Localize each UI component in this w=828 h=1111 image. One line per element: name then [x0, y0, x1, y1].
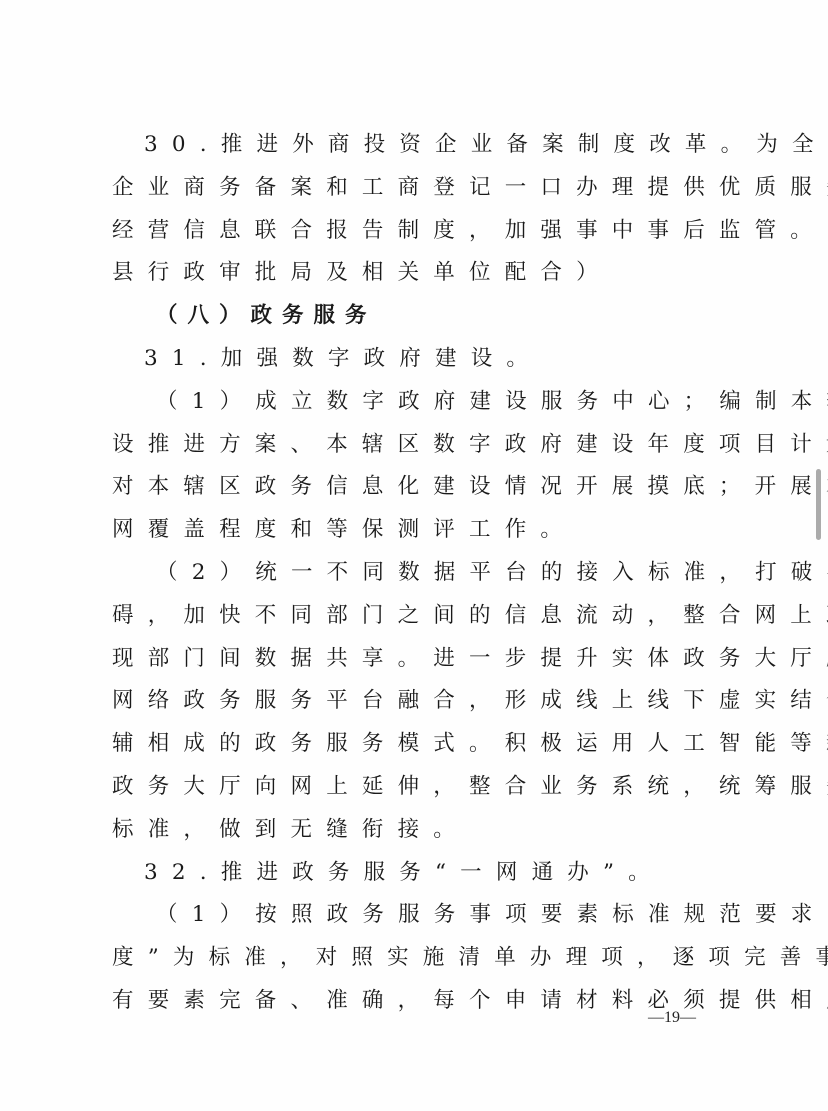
- paragraph-line: 县行政审批局及相关单位配合）: [112, 252, 732, 295]
- scrollbar-thumb[interactable]: [816, 469, 821, 540]
- paragraph-line: （1）成立数字政府建设服务中心；编制本辖区数字政府建: [112, 381, 732, 424]
- page-number: —19—: [648, 1009, 696, 1027]
- paragraph-line: 碍，加快不同部门之间的信息流动，整合网上政务服务平台，实: [112, 595, 732, 638]
- paragraph-line: 标准，做到无缝衔接。: [112, 809, 732, 852]
- paragraph-line: （2）统一不同数据平台的接入标准，打破各部门之间的障: [112, 552, 732, 595]
- paragraph-line: 现部门间数据共享。进一步提升实体政务大厅服务能力，加快与: [112, 638, 732, 681]
- paragraph-line: 政务大厅向网上延伸，整合业务系统，统筹服务资源，統一服务: [112, 766, 732, 809]
- section-heading: （八）政务服务: [112, 295, 732, 338]
- paragraph-line: 网覆盖程度和等保测评工作。: [112, 509, 732, 552]
- paragraph-line: 有要素完备、准确，每个申请材料必须提供相应的空表、样表。: [112, 980, 732, 1023]
- paragraph-line: （1）按照政务服务事项要素标准规范要求，以“最小颗粒: [112, 894, 732, 937]
- paragraph-line: 企业商务备案和工商登记一口办理提供优质服务，实施年度投资: [112, 167, 732, 210]
- paragraph-line: 设推进方案、本辖区数字政府建设年度项目计划、应用管理办法；: [112, 424, 732, 467]
- item-title: 31.加强数字政府建设。: [112, 338, 732, 381]
- document-body: 30.推进外商投资企业备案制度改革。为全面推行外商投资 企业商务备案和工商登记一…: [112, 124, 732, 1023]
- paragraph-line: 经营信息联合报告制度，加强事中事后监管。（县工信局牵头，: [112, 210, 732, 253]
- paragraph-line: 度”为标准，对照实施清单办理项，逐项完善事项要素，确保所: [112, 937, 732, 980]
- paragraph-line: 30.推进外商投资企业备案制度改革。为全面推行外商投资: [112, 124, 732, 167]
- paragraph-line: 对本辖区政务信息化建设情况开展摸底；开展本辖区电子政务外: [112, 466, 732, 509]
- item-title: 32.推进政务服务“一网通办”。: [112, 852, 732, 895]
- paragraph-line: 辅相成的政务服务模式。积极运用人工智能等新技术，推进实体: [112, 723, 732, 766]
- paragraph-line: 网络政务服务平台融合，形成线上线下虚实结合、功能互补，相: [112, 680, 732, 723]
- document-page: 30.推进外商投资企业备案制度改革。为全面推行外商投资 企业商务备案和工商登记一…: [0, 0, 828, 1111]
